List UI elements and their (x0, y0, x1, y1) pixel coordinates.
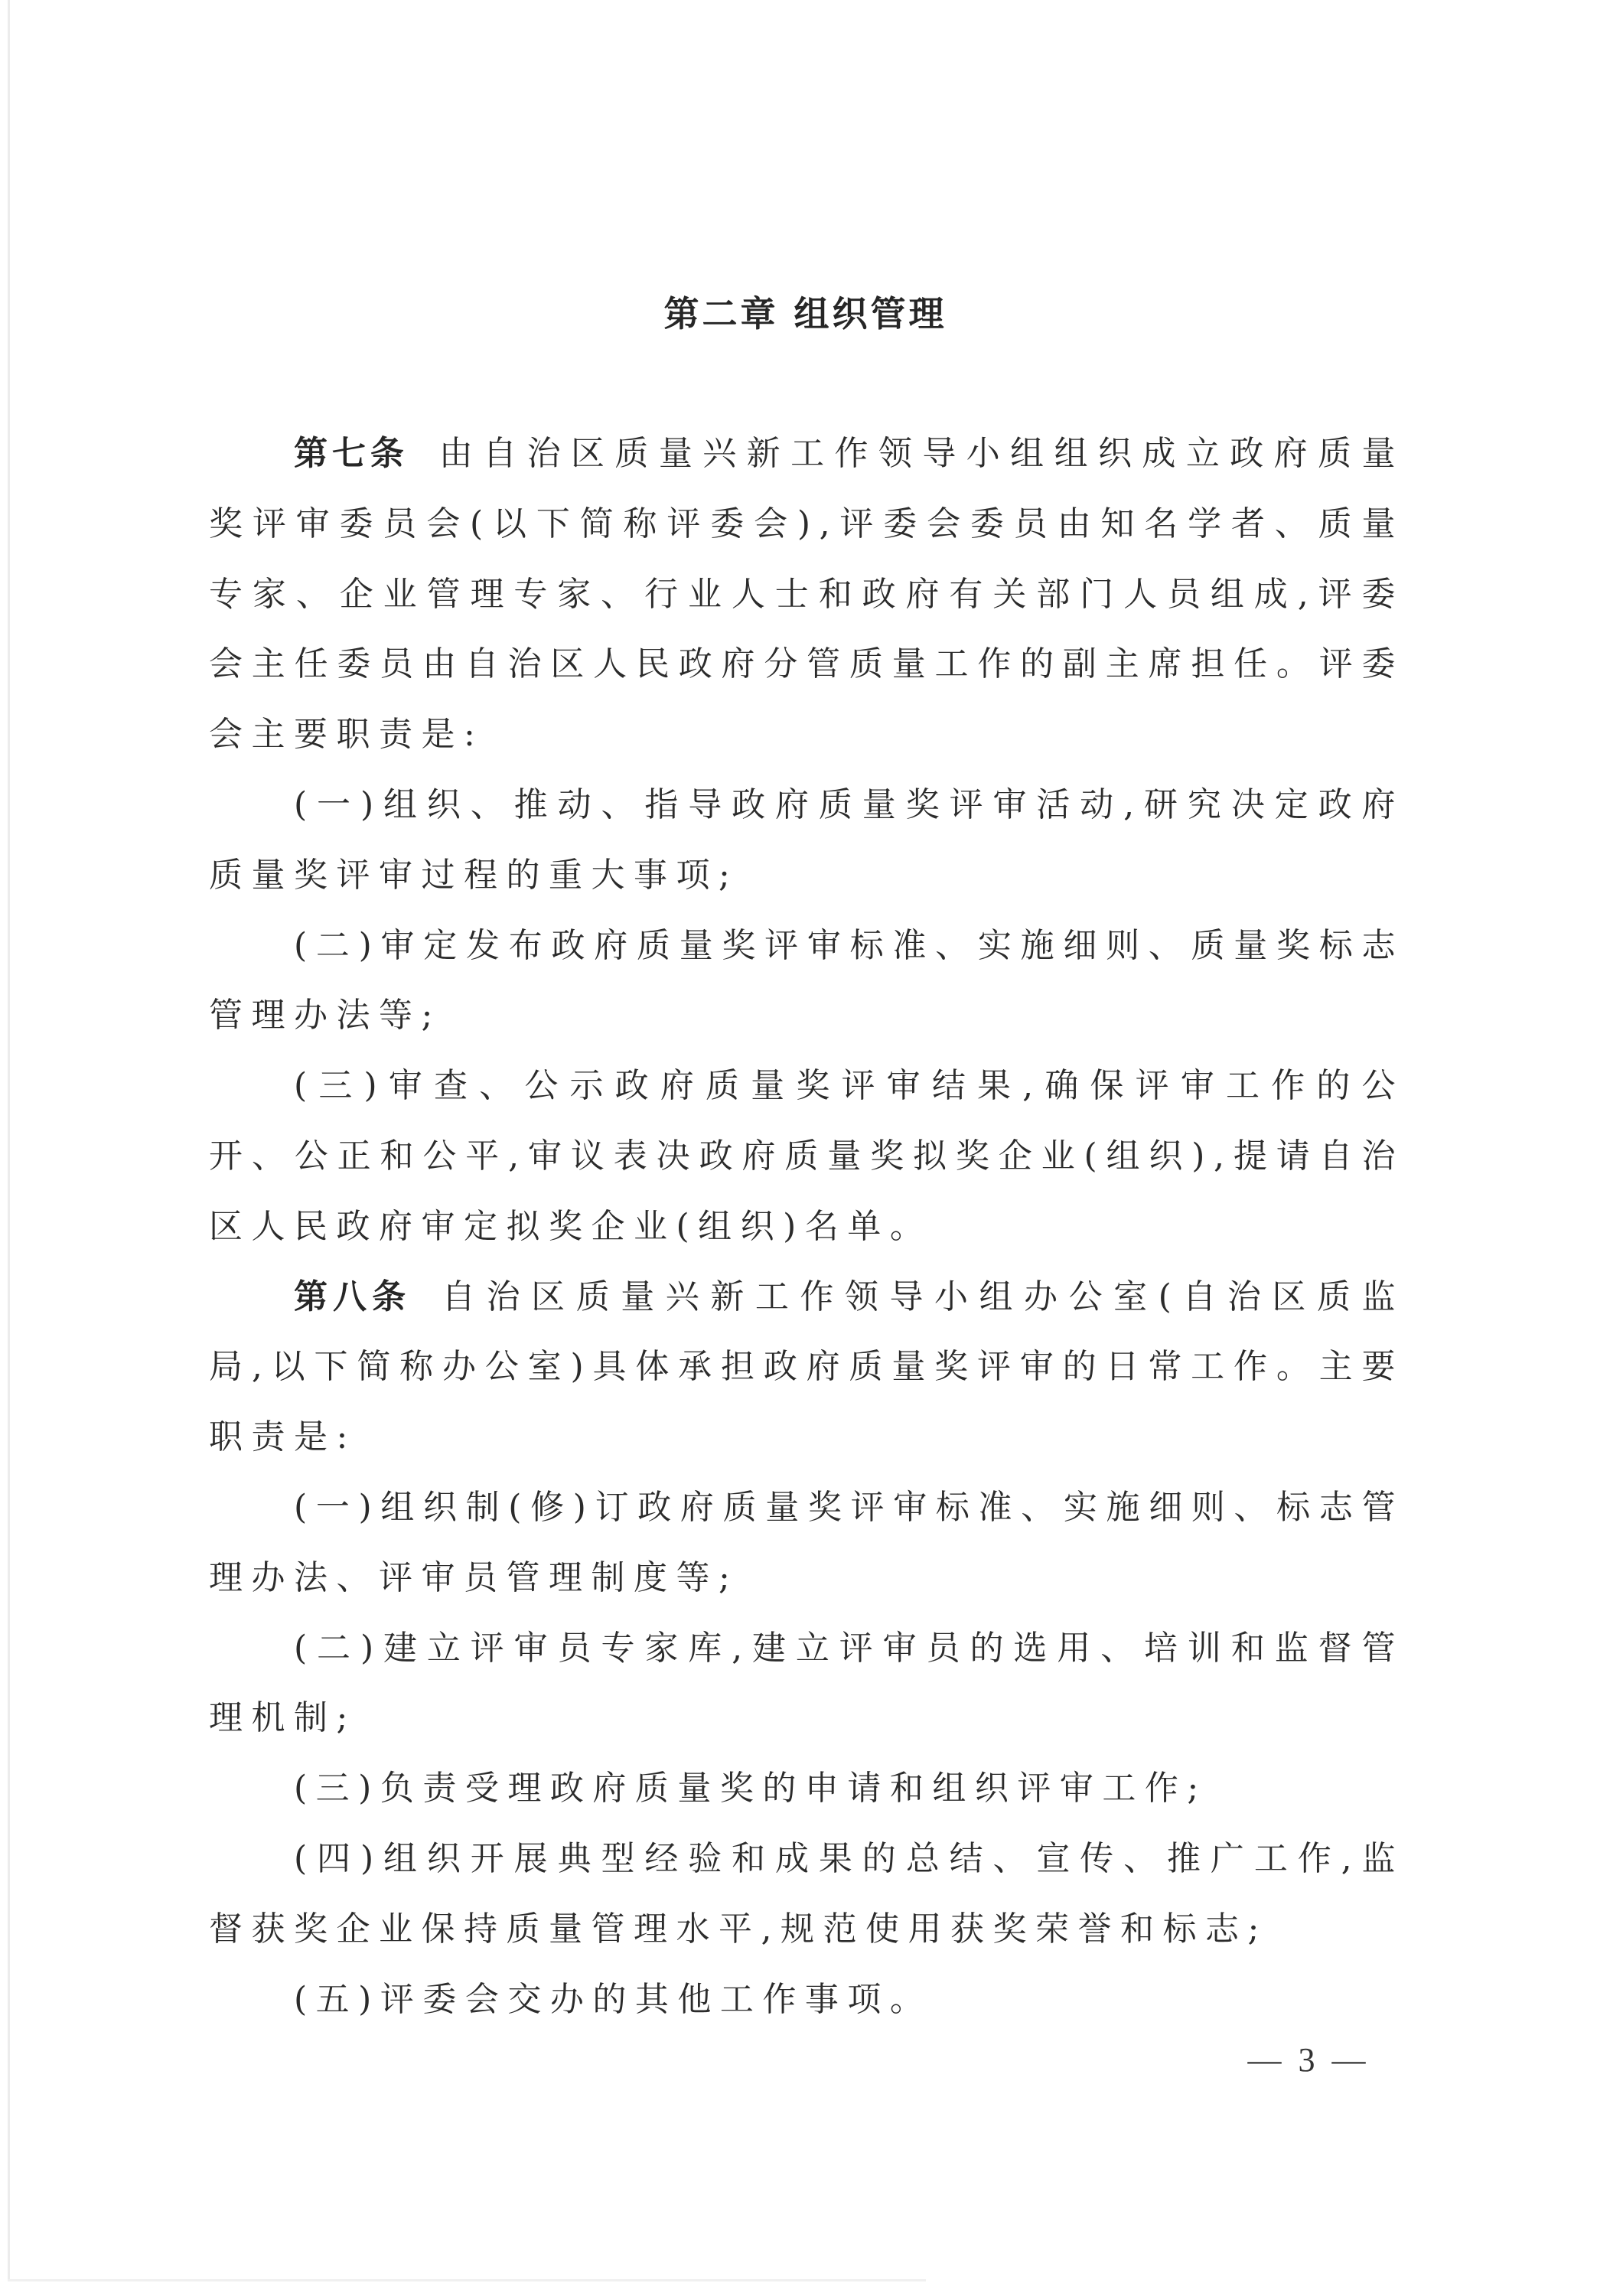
article-7-item-2: (二)审定发布政府质量奖评审标准、实施细则、质量奖标志管理办法等; (209, 911, 1404, 1052)
article-8-item-5: (五)评委会交办的其他工作事项。 (209, 1965, 1404, 2035)
article-7-intro-text: 由自治区质量兴新工作领导小组组织成立政府质量奖评审委员会(以下简称评委会),评委… (209, 434, 1404, 754)
article-7-label: 第七条 (294, 434, 409, 473)
article-8-label: 第八条 (294, 1277, 411, 1316)
scan-edge-left (8, 0, 10, 2279)
page-number: — 3 — (1224, 2039, 1389, 2082)
chapter-title: 第二章 组织管理 (0, 292, 1611, 335)
document-body: 第七条由自治区质量兴新工作领导小组组织成立政府质量奖评审委员会(以下简称评委会)… (209, 419, 1404, 2034)
article-8-item-4: (四)组织开展典型经验和成果的总结、宣传、推广工作,监督获奖企业保持质量管理水平… (209, 1824, 1404, 1965)
scan-edge-bottom (8, 2279, 926, 2281)
article-8-item-1: (一)组织制(修)订政府质量奖评审标准、实施细则、标志管理办法、评审员管理制度等… (209, 1473, 1404, 1613)
article-8-item-3: (三)负责受理政府质量奖的申请和组织评审工作; (209, 1753, 1404, 1824)
article-7-item-3: (三)审查、公示政府质量奖评审结果,确保评审工作的公开、公正和公平,审议表决政府… (209, 1051, 1404, 1261)
article-7-item-1: (一)组织、推动、指导政府质量奖评审活动,研究决定政府质量奖评审过程的重大事项; (209, 770, 1404, 911)
article-7-intro: 第七条由自治区质量兴新工作领导小组组织成立政府质量奖评审委员会(以下简称评委会)… (209, 419, 1404, 770)
article-8-intro: 第八条自治区质量兴新工作领导小组办公室(自治区质监局,以下简称办公室)具体承担政… (209, 1262, 1404, 1473)
article-8-item-2: (二)建立评审员专家库,建立评审员的选用、培训和监督管理机制; (209, 1613, 1404, 1754)
